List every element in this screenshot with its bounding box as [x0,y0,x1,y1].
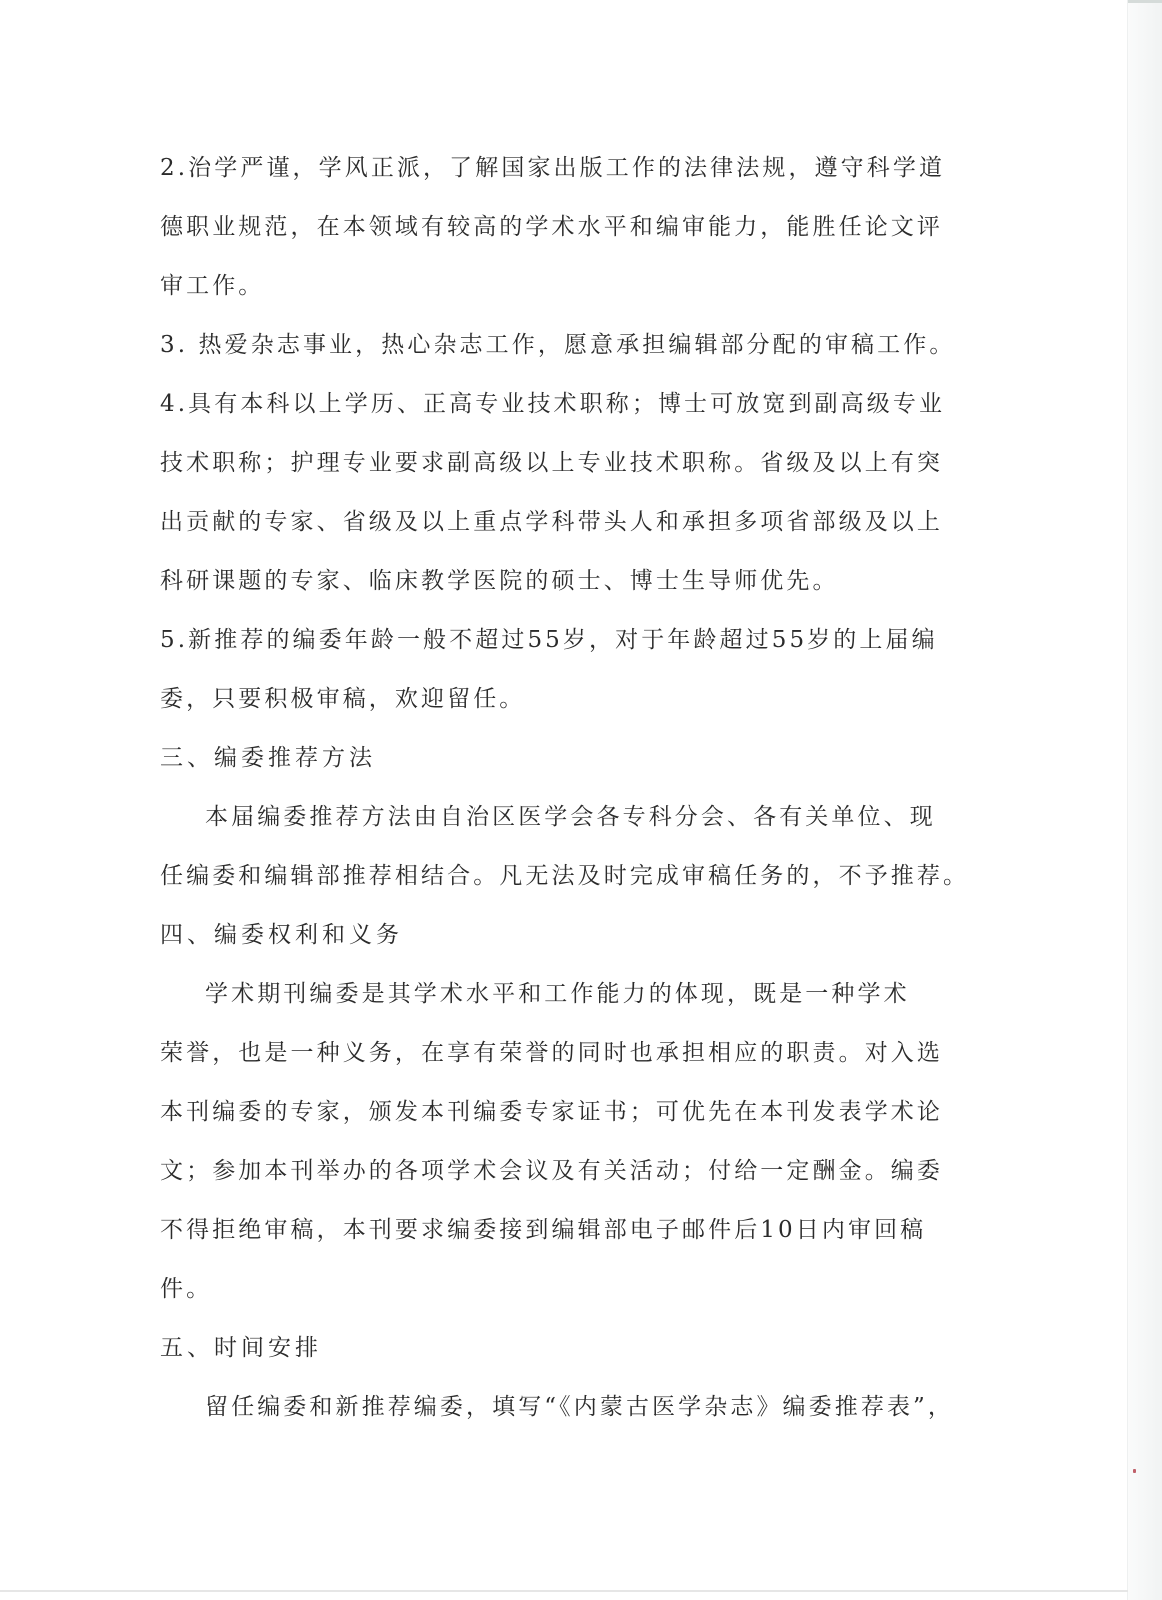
section-3-paragraph-line-2: 任编委和编辑部推荐相结合。凡无法及时完成审稿任务的，不予推荐。 [160,860,969,892]
scanned-document-page: 2.治学严谨，学风正派，了解国家出版工作的法律法规，遵守科学道 德职业规范，在本… [0,0,1162,1600]
criterion-2-line-2: 德职业规范，在本领域有较高的学术水平和编审能力，能胜任论文评 [160,211,943,243]
criterion-4-line-2: 技术职称；护理专业要求副高级以上专业技术职称。省级及以上有突 [160,447,943,479]
criterion-2-line-1: 2.治学严谨，学风正派，了解国家出版工作的法律法规，遵守科学道 [160,152,945,184]
criterion-3: 3. 热爱杂志事业，热心杂志工作，愿意承担编辑部分配的审稿工作。 [160,329,955,361]
section-4-paragraph-line-6: 件。 [160,1273,212,1305]
section-3-paragraph-line-1: 本届编委推荐方法由自治区医学会各专科分会、各有关单位、现 [205,801,936,833]
section-5-paragraph-line-1: 留任编委和新推荐编委，填写“《内蒙古医学杂志》编委推荐表”， [205,1391,954,1423]
criterion-4-line-3: 出贡献的专家、省级及以上重点学科带头人和承担多项省部级及以上 [160,506,943,538]
criterion-2-line-3: 审工作。 [160,270,264,302]
section-4-paragraph-line-4: 文；参加本刊举办的各项学术会议及有关活动；付给一定酬金。编委 [160,1155,943,1187]
section-heading-4: 四、编委权利和义务 [160,919,403,951]
scan-artifact-mark [1133,1469,1136,1473]
section-4-paragraph-line-5: 不得拒绝审稿，本刊要求编委接到编辑部电子邮件后10日内审回稿 [160,1214,926,1246]
criterion-4-line-4: 科研课题的专家、临床教学医院的硕士、博士生导师优先。 [160,565,839,597]
section-heading-3: 三、编委推荐方法 [160,742,376,774]
section-heading-5: 五、时间安排 [160,1332,322,1364]
criterion-4-line-1: 4.具有本科以上学历、正高专业技术职称；博士可放宽到副高级专业 [160,388,945,420]
scan-edge-right [1127,0,1162,1600]
criterion-5-line-2: 委，只要积极审稿，欢迎留任。 [160,683,525,715]
section-4-paragraph-line-1: 学术期刊编委是其学术水平和工作能力的体现，既是一种学术 [205,978,910,1010]
scan-edge-bottom [0,1590,1128,1592]
section-4-paragraph-line-2: 荣誉，也是一种义务，在享有荣誉的同时也承担相应的职责。对入选 [160,1037,943,1069]
scan-edge-top [1128,0,1162,3]
section-4-paragraph-line-3: 本刊编委的专家，颁发本刊编委专家证书；可优先在本刊发表学术论 [160,1096,943,1128]
criterion-5-line-1: 5.新推荐的编委年龄一般不超过55岁，对于年龄超过55岁的上届编 [160,624,938,656]
